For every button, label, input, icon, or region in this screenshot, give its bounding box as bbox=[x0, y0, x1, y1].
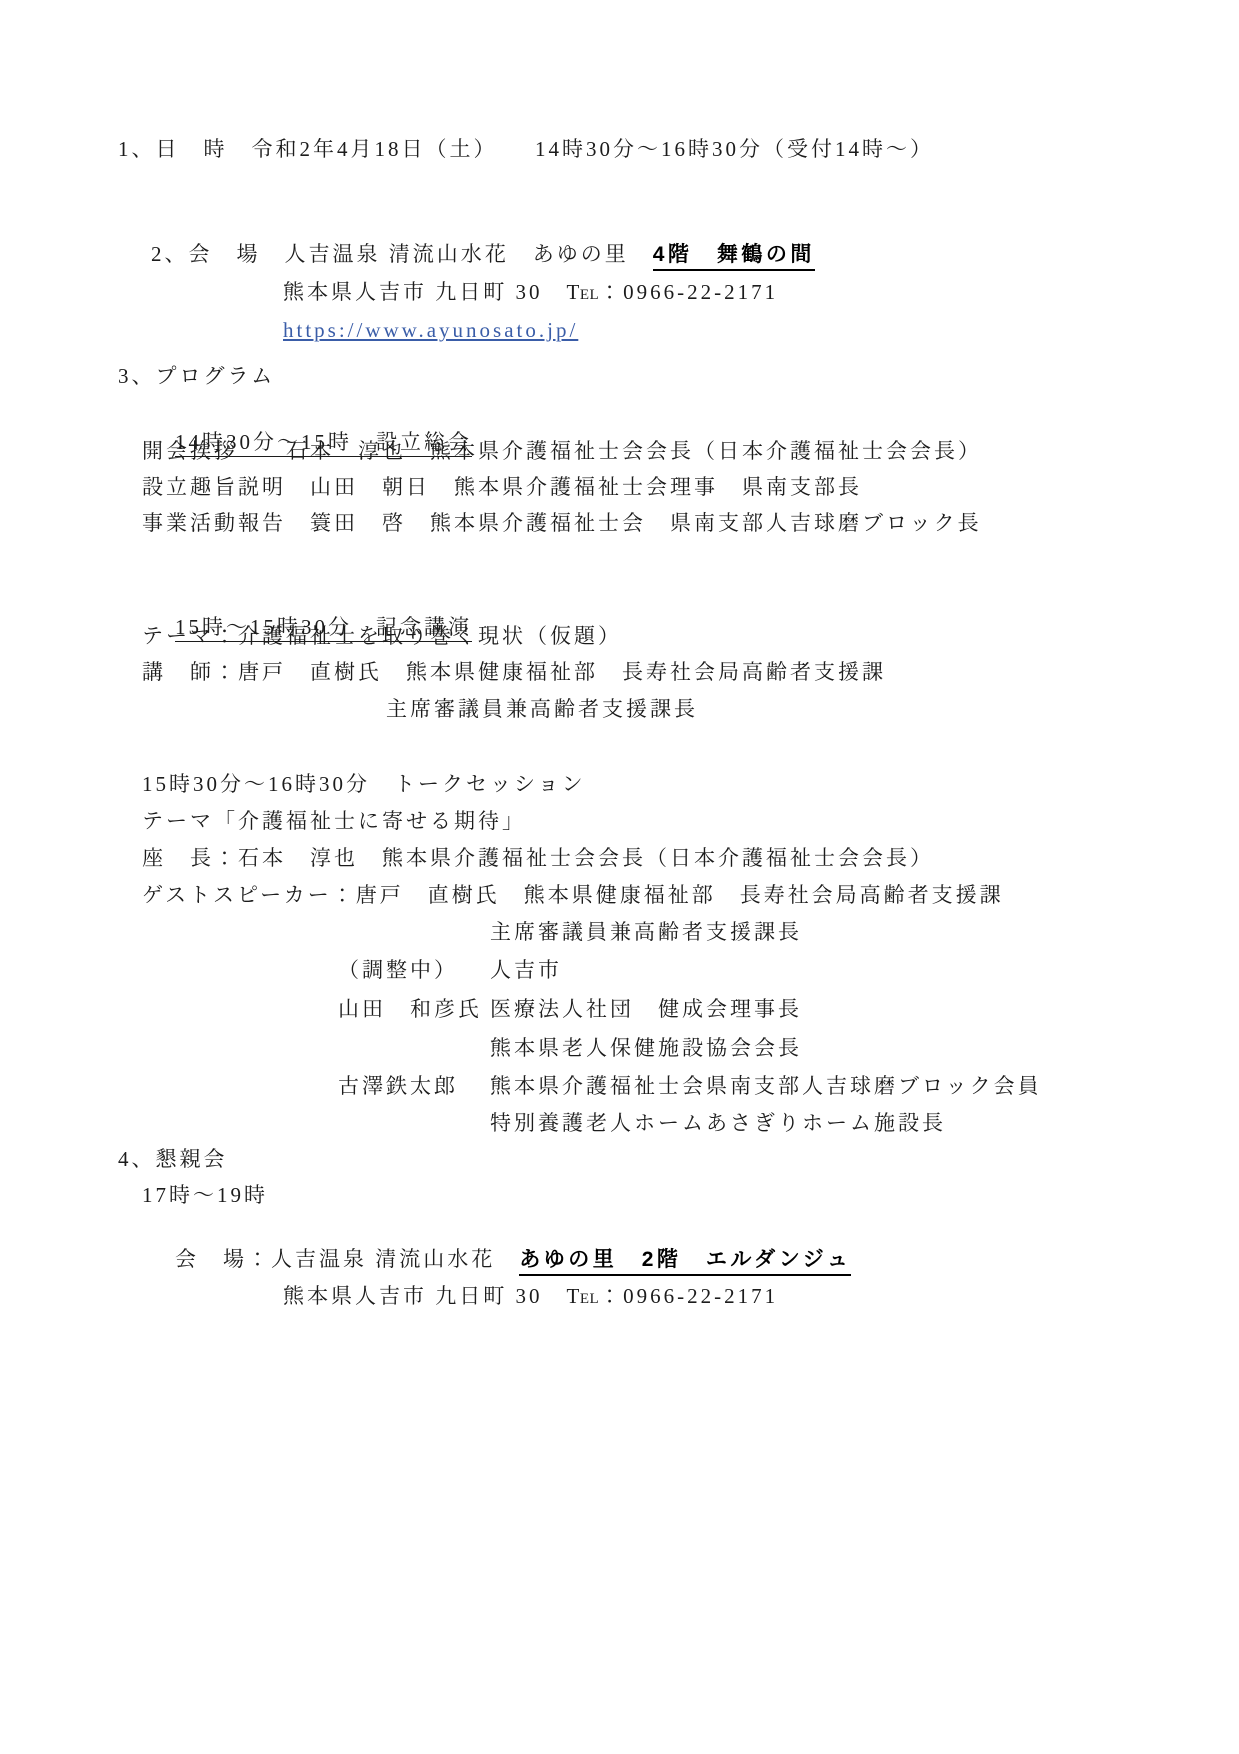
party-address: 熊本県人吉市 九日町 30 bbox=[283, 1284, 567, 1308]
venue-url-link[interactable]: https://www.ayunosato.jp/ bbox=[283, 318, 578, 342]
guest2-name: （調整中） bbox=[338, 956, 458, 984]
session3-guest1-title2: 主席審議員兼高齢者支援課長 bbox=[490, 918, 802, 946]
session1-row-opening: 開会挨拶 石本 淳也 熊本県介護福祉士会会長（日本介護福祉士会会長） bbox=[142, 437, 982, 465]
datetime-line: 1、日 時 令和2年4月18日（土） 14時30分～16時30分（受付14時～） bbox=[118, 135, 934, 163]
party-address-line: 熊本県人吉市 九日町 30 Tel：0966-22-2171 bbox=[250, 1254, 778, 1338]
guest2-desc: 人吉市 bbox=[490, 956, 562, 984]
venue-url-line: https://www.ayunosato.jp/ bbox=[250, 288, 578, 372]
session3-chair: 座 長：石本 淳也 熊本県介護福祉士会会長（日本介護福祉士会会長） bbox=[142, 844, 934, 872]
program-heading: 3、プログラム bbox=[118, 362, 275, 390]
session1-row-purpose: 設立趣旨説明 山田 朝日 熊本県介護福祉士会理事 県南支部長 bbox=[142, 473, 862, 501]
session2-theme: テーマ：介護福祉士を取り巻く現状（仮題） bbox=[142, 622, 622, 650]
session3-guest1: ゲストスピーカー：唐戸 直樹氏 熊本県健康福祉部 長寿社会局高齢者支援課 bbox=[142, 881, 1004, 909]
session3-theme: テーマ「介護福祉士に寄せる期待」 bbox=[142, 807, 526, 835]
party-heading: 4、懇親会 bbox=[118, 1145, 228, 1173]
session1-row-report: 事業活動報告 簑田 啓 熊本県介護福祉士会 県南支部人吉球磨ブロック長 bbox=[142, 509, 982, 537]
guest3-name: 山田 和彦氏 bbox=[338, 995, 482, 1023]
session2-lecturer-title2: 主席審議員兼高齢者支援課長 bbox=[386, 695, 698, 723]
session3-header: 15時30分～16時30分 トークセッション bbox=[142, 770, 586, 798]
party-time: 17時～19時 bbox=[142, 1181, 268, 1209]
guest3-desc: 医療法人社団 健成会理事長 bbox=[490, 995, 802, 1023]
guest4-name: 古澤鉄太郎 bbox=[338, 1072, 458, 1100]
venue-tel-number: ：0966-22-2171 bbox=[599, 280, 778, 304]
guest3-desc2: 熊本県老人保健施設協会会長 bbox=[490, 1034, 802, 1062]
session2-lecturer: 講 師：唐戸 直樹氏 熊本県健康福祉部 長寿社会局高齢者支援課 bbox=[142, 658, 886, 686]
document-page: 1、日 時 令和2年4月18日（土） 14時30分～16時30分（受付14時～）… bbox=[0, 0, 1239, 1754]
party-tel-number: ：0966-22-2171 bbox=[599, 1284, 778, 1308]
guest4-desc2: 特別養護老人ホームあさぎりホーム施設長 bbox=[490, 1109, 946, 1137]
guest4-desc: 熊本県介護福祉士会県南支部人吉球磨ブロック会員 bbox=[490, 1072, 1042, 1100]
party-tel-label: Tel bbox=[567, 1284, 600, 1308]
